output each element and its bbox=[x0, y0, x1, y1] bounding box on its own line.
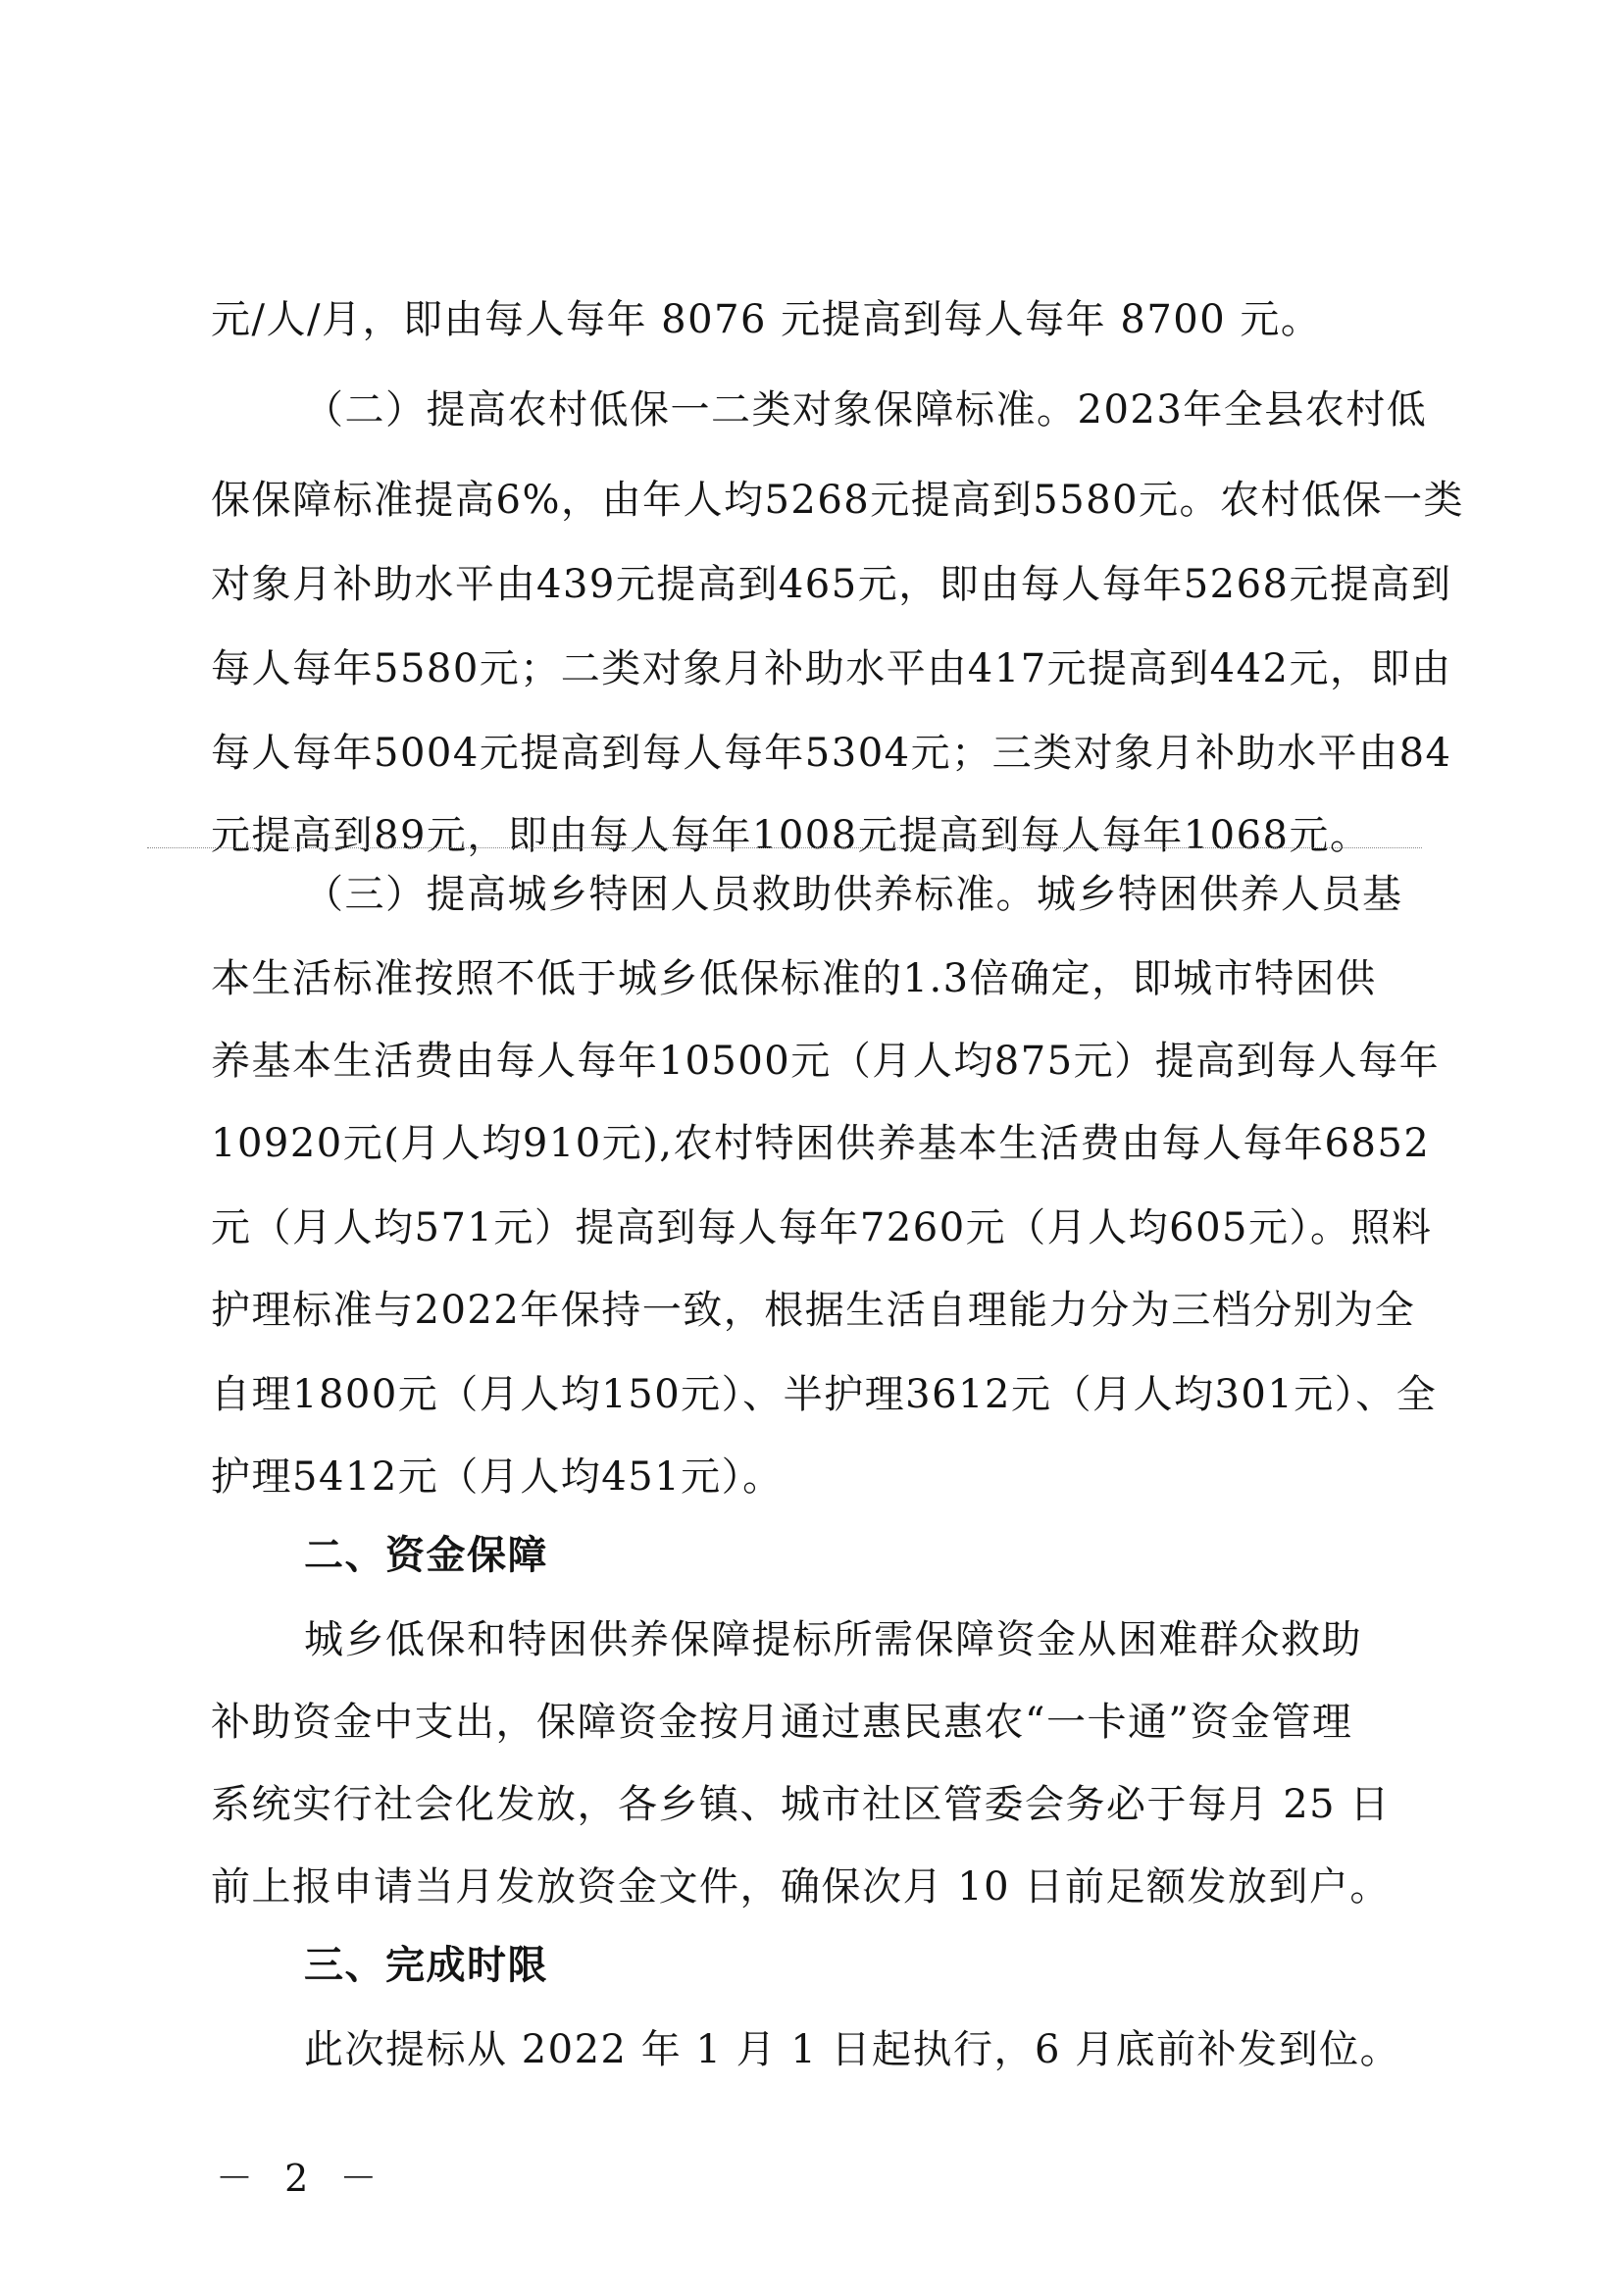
paragraph-line: 元提高到89元，即由每人每年1008元提高到每人每年1068元。 bbox=[211, 810, 1388, 861]
paragraph-line: 保保障标准提高6%，由年人均5268元提高到5580元。农村低保一类 bbox=[211, 475, 1388, 526]
paragraph-line: 前上报申请当月发放资金文件，确保次月 10 日前足额发放到户。 bbox=[211, 1861, 1388, 1912]
document-page: 元/人/月，即由每人每年 8076 元提高到每人每年 8700 元。 （二）提高… bbox=[0, 0, 1624, 2293]
paragraph-line: 补助资金中支出，保障资金按月通过惠民惠农“一卡通”资金管理 bbox=[211, 1697, 1388, 1748]
paragraph-line: 自理1800元（月人均150元）、半护理3612元（月人均301元）、全 bbox=[211, 1369, 1388, 1420]
paragraph-line: 此次提标从 2022 年 1 月 1 日起执行，6 月底前补发到位。 bbox=[304, 2024, 1481, 2075]
paragraph-line: 本生活标准按照不低于城乡低保标准的1.3倍确定，即城市特困供 bbox=[211, 953, 1388, 1004]
section-heading-funding: 二、资金保障 bbox=[304, 1530, 1481, 1581]
scan-artifact-divider bbox=[147, 847, 1422, 848]
paragraph-line: 元/人/月，即由每人每年 8076 元提高到每人每年 8700 元。 bbox=[211, 294, 1388, 345]
paragraph-line: 元（月人均571元）提高到每人每年7260元（月人均605元）。照料 bbox=[211, 1202, 1388, 1253]
paragraph-line: 每人每年5580元；二类对象月补助水平由417元提高到442元，即由 bbox=[211, 643, 1388, 694]
section-heading-deadline: 三、完成时限 bbox=[304, 1940, 1481, 1991]
paragraph-line: 城乡低保和特困供养保障提标所需保障资金从困难群众救助 bbox=[304, 1614, 1481, 1665]
subsection-heading-special-hardship: （三）提高城乡特困人员救助供养标准。城乡特困供养人员基 bbox=[304, 869, 1481, 920]
paragraph-line: 对象月补助水平由439元提高到465元，即由每人每年5268元提高到 bbox=[211, 559, 1388, 610]
paragraph-line: 护理5412元（月人均451元）。 bbox=[211, 1452, 1388, 1503]
paragraph-line: 每人每年5004元提高到每人每年5304元；三类对象月补助水平由84 bbox=[211, 728, 1388, 779]
page-number: － 2 － bbox=[216, 2148, 386, 2202]
subsection-heading-rural-subsistence: （二）提高农村低保一二类对象保障标准。2023年全县农村低 bbox=[304, 384, 1481, 435]
paragraph-line: 养基本生活费由每人每年10500元（月人均875元）提高到每人每年 bbox=[211, 1036, 1388, 1087]
paragraph-line: 系统实行社会化发放，各乡镇、城市社区管委会务必于每月 25 日 bbox=[211, 1779, 1388, 1830]
paragraph-line: 10920元(月人均910元),农村特困供养基本生活费由每人每年6852 bbox=[211, 1118, 1388, 1169]
paragraph-line: 护理标准与2022年保持一致，根据生活自理能力分为三档分别为全 bbox=[211, 1285, 1388, 1336]
